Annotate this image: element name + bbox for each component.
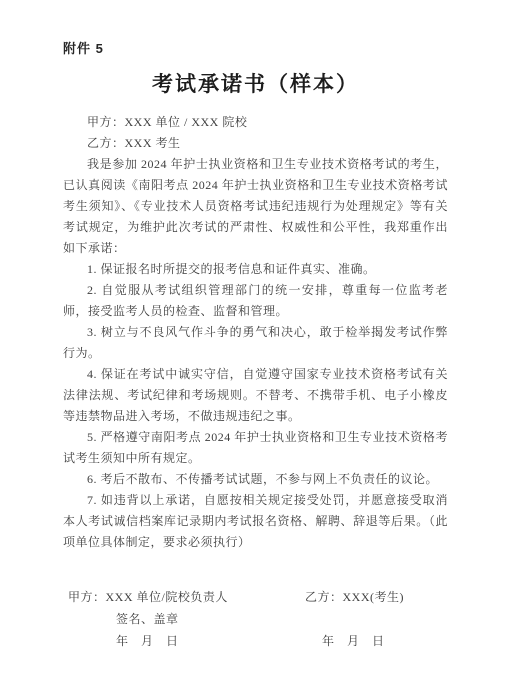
party-b-signature-column: 乙方：XXX(考生) 年 月 日 (305, 586, 448, 652)
party-a-signature-line: 甲方：XXX 单位/院校负责人 (68, 586, 305, 608)
sign-seal-label: 签名、盖章 (116, 608, 305, 630)
document-page: 附件 5 考试承诺书（样本） 甲方：XXX 单位 / XXX 院校 乙方：XXX… (0, 0, 512, 686)
attachment-label: 附件 5 (63, 38, 448, 57)
commitment-item-1: 1. 保证报名时所提交的报考信息和证件真实、准确。 (63, 259, 448, 280)
commitment-item-2: 2. 自觉服从考试组织管理部门的统一安排，尊重每一位监考老师，接受监考人员的检查… (63, 280, 448, 322)
party-b-signature-line: 乙方：XXX(考生) (305, 586, 448, 608)
commitment-item-4: 4. 保证在考试中诚实守信，自觉遵守国家专业技术资格考试有关法律法规、考试纪律和… (63, 364, 448, 427)
commitment-item-3: 3. 树立与不良风气作斗争的勇气和决心，敢于检举揭发考试作弊行为。 (63, 322, 448, 364)
party-a-signature-column: 甲方：XXX 单位/院校负责人 签名、盖章 年 月 日 (63, 586, 305, 652)
party-b-date-line: 年 月 日 (322, 630, 448, 652)
signature-block: 甲方：XXX 单位/院校负责人 签名、盖章 年 月 日 乙方：XXX(考生) 年… (63, 586, 448, 652)
party-a-line: 甲方：XXX 单位 / XXX 院校 (63, 112, 448, 133)
document-title: 考试承诺书（样本） (63, 72, 448, 96)
commitment-item-7: 7. 如违背以上承诺，自愿按相关规定接受处罚，并愿意接受取消本人考试诚信档案库记… (63, 490, 448, 553)
intro-paragraph: 我是参加 2024 年护士执业资格和卫生专业技术资格考试的考生，已认真阅读《南阳… (63, 154, 448, 259)
commitment-item-6: 6. 考后不散布、不传播考试试题，不参与网上不负责任的议论。 (63, 469, 448, 490)
party-a-date-line: 年 月 日 (116, 630, 305, 652)
commitment-item-5: 5. 严格遵守南阳考点 2024 年护士执业资格和卫生专业技术资格考试考生须知中… (63, 427, 448, 469)
party-b-line: 乙方：XXX 考生 (63, 133, 448, 154)
document-body: 甲方：XXX 单位 / XXX 院校 乙方：XXX 考生 我是参加 2024 年… (63, 112, 448, 553)
